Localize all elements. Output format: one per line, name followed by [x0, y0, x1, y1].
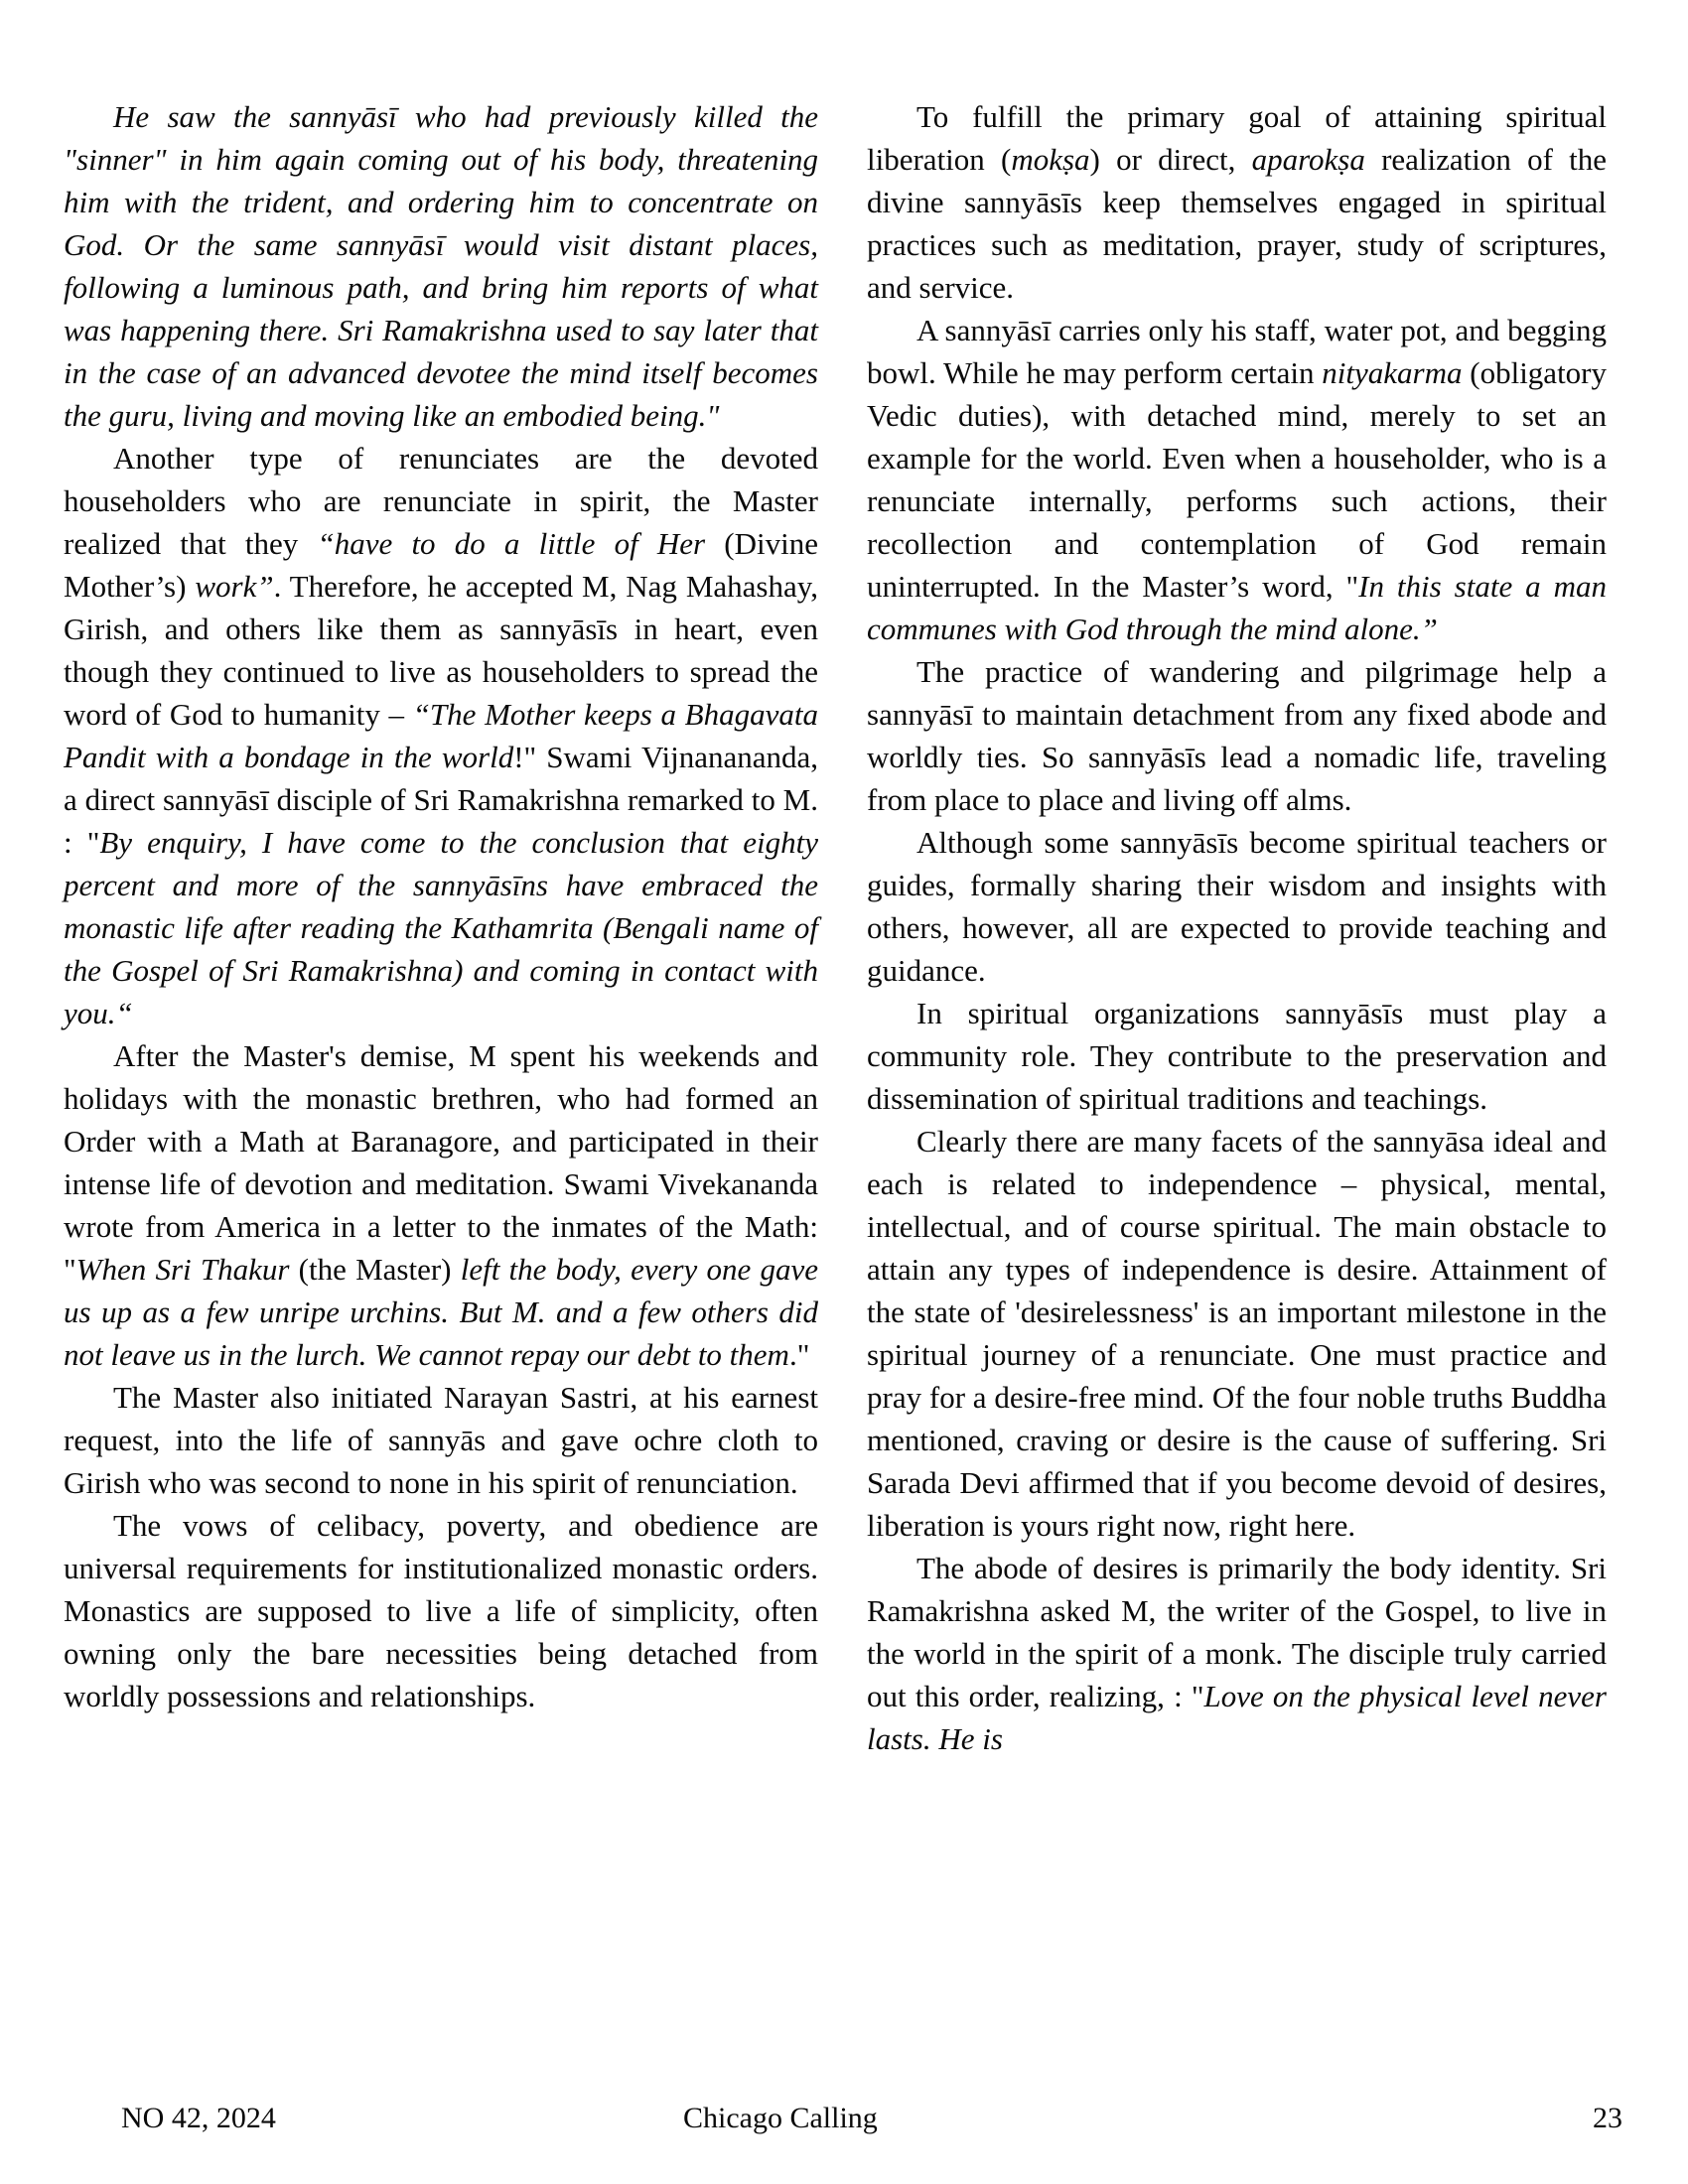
text-run: ) or direct,: [1090, 142, 1252, 177]
italic-text-run: mokṣa: [1011, 142, 1089, 177]
paragraph: He saw the sannyāsī who had previously k…: [64, 95, 818, 437]
paragraph: Another type of renunciates are the devo…: [64, 437, 818, 1034]
paragraph: The practice of wandering and pilgrimage…: [867, 650, 1607, 821]
italic-text-run: work”: [195, 569, 273, 604]
text-run: (obligatory Vedic duties), with detached…: [867, 355, 1607, 604]
paragraph: In spiritual organizations sannyāsīs mus…: [867, 992, 1607, 1120]
footer-issue-number: NO 42, 2024: [121, 2097, 276, 2140]
paragraph: The Master also initiated Narayan Sastri…: [64, 1376, 818, 1504]
paragraph: A sannyāsī carries only his staff, water…: [867, 309, 1607, 650]
text-run: The practice of wandering and pilgrimage…: [867, 654, 1607, 817]
text-run: The Master also initiated Narayan Sastri…: [64, 1380, 818, 1500]
paragraph: The abode of desires is primarily the bo…: [867, 1547, 1607, 1760]
footer-page-number: 23: [1593, 2097, 1622, 2140]
text-run: (the Master): [289, 1252, 460, 1287]
paragraph: To fulfill the primary goal of attaining…: [867, 95, 1607, 309]
right-column: To fulfill the primary goal of attaining…: [867, 95, 1607, 1760]
text-run: Clearly there are many facets of the san…: [867, 1124, 1607, 1543]
italic-text-run: “have to do a little of Her: [318, 526, 706, 561]
paragraph: Although some sannyāsīs become spiritual…: [867, 821, 1607, 992]
page-footer: NO 42, 2024 Chicago Calling 23: [0, 2097, 1688, 2148]
text-run: The vows of celibacy, poverty, and obedi…: [64, 1508, 818, 1713]
footer-journal-title: Chicago Calling: [683, 2097, 878, 2140]
document-page: He saw the sannyāsī who had previously k…: [0, 0, 1688, 2184]
two-column-text-block: He saw the sannyāsī who had previously k…: [64, 95, 1607, 1760]
italic-text-run: When Sri Thakur: [76, 1252, 290, 1287]
text-run: In spiritual organizations sannyāsīs mus…: [867, 996, 1607, 1116]
paragraph: The vows of celibacy, poverty, and obedi…: [64, 1504, 818, 1717]
text-run: .": [789, 1337, 809, 1372]
left-column: He saw the sannyāsī who had previously k…: [64, 95, 818, 1760]
italic-text-run: By enquiry, I have come to the conclusio…: [64, 825, 818, 1030]
text-run: Although some sannyāsīs become spiritual…: [867, 825, 1607, 988]
paragraph: After the Master's demise, M spent his w…: [64, 1034, 818, 1376]
text-run: After the Master's demise, M spent his w…: [64, 1038, 818, 1287]
italic-text-run: aparokṣa: [1252, 142, 1365, 177]
italic-text-run: nityakarma: [1322, 355, 1462, 390]
italic-text-run: He saw the sannyāsī who had previously k…: [64, 99, 818, 433]
paragraph: Clearly there are many facets of the san…: [867, 1120, 1607, 1547]
